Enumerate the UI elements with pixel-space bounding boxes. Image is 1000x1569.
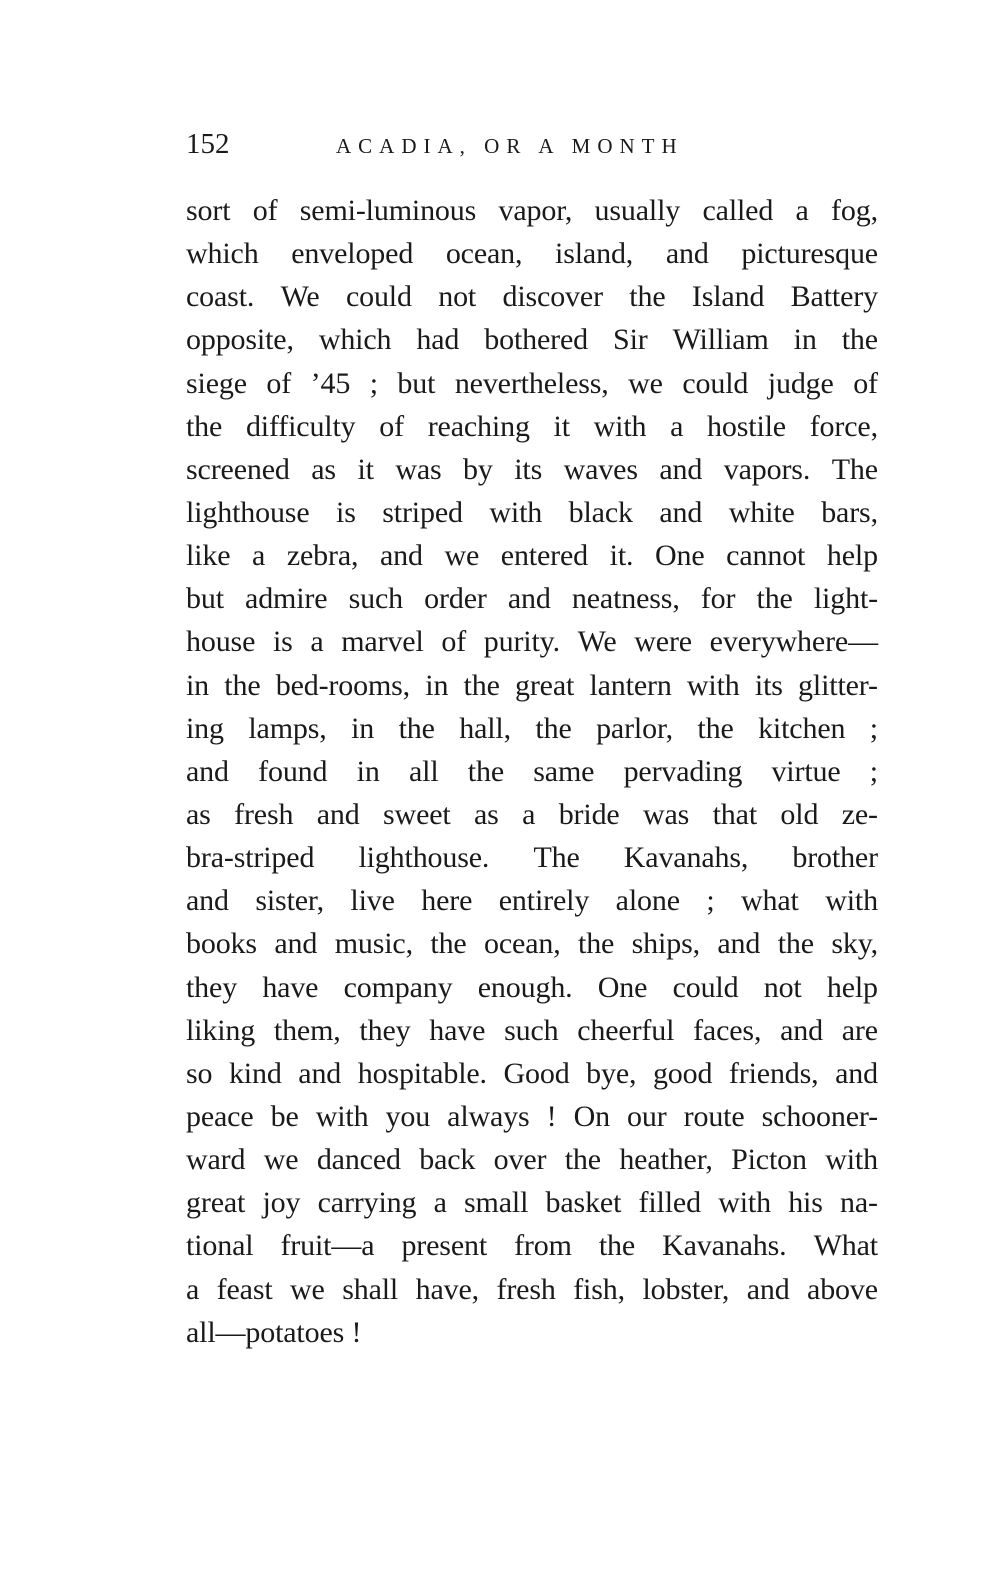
text-line: andfoundinallthesamepervadingvirtue; — [186, 750, 878, 793]
text-line: afeastweshallhave,freshfish,lobster,anda… — [186, 1268, 878, 1311]
text-line: bra-stripedlighthouse.TheKavanahs,brothe… — [186, 836, 878, 879]
text-line: whichenvelopedocean,island,andpicturesqu… — [186, 232, 878, 275]
text-line: thedifficultyofreachingitwithahostilefor… — [186, 405, 878, 448]
text-line: asfreshandsweetasabridewasthatoldze- — [186, 793, 878, 836]
text-line: sortofsemi-luminousvapor,usuallycalledaf… — [186, 189, 878, 232]
text-line: lighthouseisstripedwithblackandwhitebars… — [186, 491, 878, 534]
text-line: likeazebra,andweenteredit.Onecannothelp — [186, 534, 878, 577]
text-line-last: all—potatoes ! — [186, 1311, 878, 1354]
text-line: butadmiresuchorderandneatness,fortheligh… — [186, 577, 878, 620]
running-head: 152 ACADIA, OR A MONTH — [186, 126, 876, 166]
text-line: opposite,whichhadbotheredSirWilliaminthe — [186, 318, 878, 361]
text-line: inglamps,inthehall,theparlor,thekitchen; — [186, 707, 878, 750]
text-line: greatjoycarryingasmallbasketfilledwithhi… — [186, 1181, 878, 1224]
text-line: peacebewithyoualways!Onourrouteschooner- — [186, 1095, 878, 1138]
text-line: booksandmusic,theocean,theships,andthesk… — [186, 922, 878, 965]
text-line: sokindandhospitable.Goodbye,goodfriends,… — [186, 1052, 878, 1095]
text-line: wardwedancedbackovertheheather,Pictonwit… — [186, 1138, 878, 1181]
text-line: screenedasitwasbyitswavesandvapors.The — [186, 448, 878, 491]
text-line: inthebed-rooms,inthegreatlanternwithitsg… — [186, 664, 878, 707]
text-line: siegeof’45;butnevertheless,wecouldjudgeo… — [186, 362, 878, 405]
body-text: sortofsemi-luminousvapor,usuallycalledaf… — [186, 189, 878, 1354]
text-line: theyhavecompanyenough.Onecouldnothelp — [186, 966, 878, 1009]
text-line: houseisamarvelofpurity.Wewereeverywhere— — [186, 620, 878, 663]
book-page: 152 ACADIA, OR A MONTH sortofsemi-lumino… — [0, 0, 1000, 1569]
text-line: coast.WecouldnotdiscovertheIslandBattery — [186, 275, 878, 318]
running-title: ACADIA, OR A MONTH — [336, 130, 684, 162]
text-line: tionalfruit—apresentfromtheKavanahs.What — [186, 1224, 878, 1267]
text-line: andsister,livehereentirelyalone;whatwith — [186, 879, 878, 922]
text-line: likingthem,theyhavesuchcheerfulfaces,and… — [186, 1009, 878, 1052]
page-number: 152 — [186, 126, 230, 162]
